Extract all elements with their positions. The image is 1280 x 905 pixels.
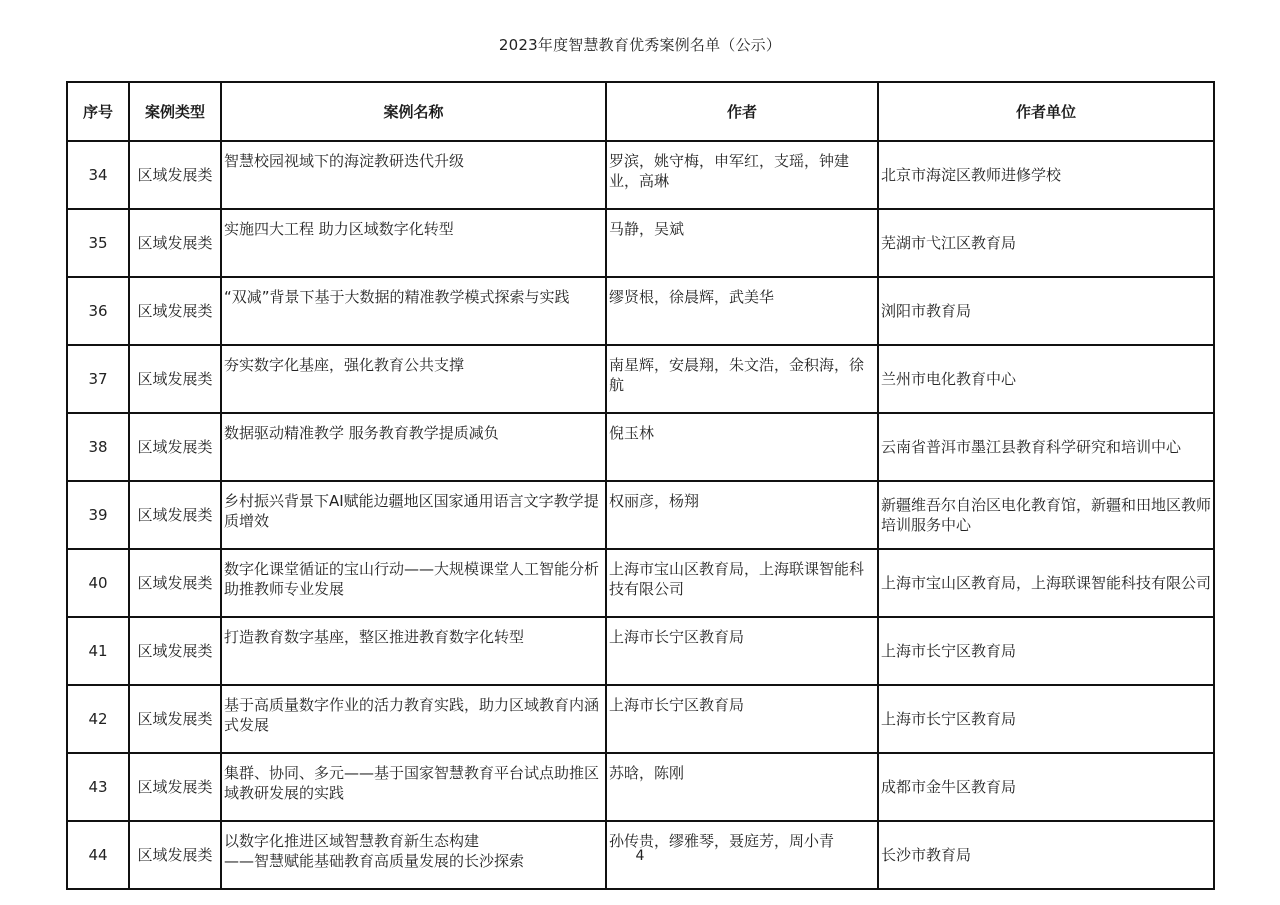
cell-org: 云南省普洱市墨江县教育科学研究和培训中心: [878, 413, 1214, 481]
cell-no: 37: [67, 345, 129, 413]
cell-no: 35: [67, 209, 129, 277]
cell-no: 38: [67, 413, 129, 481]
table-row: 37区域发展类夯实数字化基座，强化教育公共支撑南星辉，安晨翔，朱文浩，金积海，徐…: [67, 345, 1214, 413]
cell-case-name: “双减”背景下基于大数据的精准教学模式探索与实践: [221, 277, 606, 345]
table-row: 43区域发展类集群、协同、多元——基于国家智慧教育平台试点助推区域教研发展的实践…: [67, 753, 1214, 821]
cell-no: 43: [67, 753, 129, 821]
cell-no: 39: [67, 481, 129, 549]
table-row: 35区域发展类实施四大工程 助力区域数字化转型马静，吴斌芜湖市弋江区教育局: [67, 209, 1214, 277]
cell-type: 区域发展类: [129, 413, 221, 481]
table-header-row: 序号 案例类型 案例名称 作者 作者单位: [67, 82, 1214, 141]
header-org: 作者单位: [878, 82, 1214, 141]
cell-org: 浏阳市教育局: [878, 277, 1214, 345]
header-no: 序号: [67, 82, 129, 141]
cell-no: 36: [67, 277, 129, 345]
cell-type: 区域发展类: [129, 549, 221, 617]
cell-case-name: 集群、协同、多元——基于国家智慧教育平台试点助推区域教研发展的实践: [221, 753, 606, 821]
table-row: 41区域发展类打造教育数字基座，整区推进教育数字化转型上海市长宁区教育局上海市长…: [67, 617, 1214, 685]
cell-org: 上海市长宁区教育局: [878, 685, 1214, 753]
cell-authors: 苏晗，陈刚: [606, 753, 878, 821]
cell-type: 区域发展类: [129, 753, 221, 821]
cell-no: 34: [67, 141, 129, 209]
cell-case-name: 乡村振兴背景下AI赋能边疆地区国家通用语言文字教学提质增效: [221, 481, 606, 549]
cell-org: 芜湖市弋江区教育局: [878, 209, 1214, 277]
cell-case-name: 数字化课堂循证的宝山行动——大规模课堂人工智能分析助推教师专业发展: [221, 549, 606, 617]
cell-org: 兰州市电化教育中心: [878, 345, 1214, 413]
table-row: 40区域发展类数字化课堂循证的宝山行动——大规模课堂人工智能分析助推教师专业发展…: [67, 549, 1214, 617]
cell-org: 成都市金牛区教育局: [878, 753, 1214, 821]
cell-type: 区域发展类: [129, 209, 221, 277]
cell-authors: 上海市长宁区教育局: [606, 617, 878, 685]
cell-authors: 权丽彦，杨翔: [606, 481, 878, 549]
cell-case-name: 打造教育数字基座，整区推进教育数字化转型: [221, 617, 606, 685]
cell-type: 区域发展类: [129, 141, 221, 209]
cell-authors: 马静，吴斌: [606, 209, 878, 277]
cell-case-name: 夯实数字化基座，强化教育公共支撑: [221, 345, 606, 413]
table-row: 34区域发展类智慧校园视域下的海淀教研迭代升级罗滨，姚守梅，申军红，支瑶，钟建业…: [67, 141, 1214, 209]
cell-authors: 罗滨，姚守梅，申军红，支瑶，钟建业，高琳: [606, 141, 878, 209]
cell-type: 区域发展类: [129, 345, 221, 413]
cell-org: 上海市宝山区教育局，上海联课智能科技有限公司: [878, 549, 1214, 617]
cell-case-name: 实施四大工程 助力区域数字化转型: [221, 209, 606, 277]
cell-org: 新疆维吾尔自治区电化教育馆，新疆和田地区教师培训服务中心: [878, 481, 1214, 549]
cell-authors: 南星辉，安晨翔，朱文浩，金积海，徐航: [606, 345, 878, 413]
table-row: 42区域发展类基于高质量数字作业的活力教育实践，助力区域教育内涵式发展上海市长宁…: [67, 685, 1214, 753]
header-case-name: 案例名称: [221, 82, 606, 141]
cell-case-name: 数据驱动精准教学 服务教育教学提质减负: [221, 413, 606, 481]
cell-authors: 上海市长宁区教育局: [606, 685, 878, 753]
table-row: 39区域发展类乡村振兴背景下AI赋能边疆地区国家通用语言文字教学提质增效权丽彦，…: [67, 481, 1214, 549]
document-title: 2023年度智慧教育优秀案例名单（公示）: [0, 34, 1280, 55]
table-row: 38区域发展类数据驱动精准教学 服务教育教学提质减负倪玉林云南省普洱市墨江县教育…: [67, 413, 1214, 481]
cell-no: 41: [67, 617, 129, 685]
cell-type: 区域发展类: [129, 277, 221, 345]
cell-no: 40: [67, 549, 129, 617]
cell-type: 区域发展类: [129, 685, 221, 753]
cell-org: 北京市海淀区教师进修学校: [878, 141, 1214, 209]
cell-type: 区域发展类: [129, 481, 221, 549]
cell-no: 42: [67, 685, 129, 753]
header-authors: 作者: [606, 82, 878, 141]
cell-case-name: 智慧校园视域下的海淀教研迭代升级: [221, 141, 606, 209]
cell-authors: 缪贤根，徐晨辉，武美华: [606, 277, 878, 345]
page-number: 4: [0, 848, 1280, 864]
case-list-table: 序号 案例类型 案例名称 作者 作者单位 34区域发展类智慧校园视域下的海淀教研…: [66, 81, 1215, 890]
cell-case-name: 基于高质量数字作业的活力教育实践，助力区域教育内涵式发展: [221, 685, 606, 753]
cell-org: 上海市长宁区教育局: [878, 617, 1214, 685]
cell-authors: 倪玉林: [606, 413, 878, 481]
table-row: 36区域发展类“双减”背景下基于大数据的精准教学模式探索与实践缪贤根，徐晨辉，武…: [67, 277, 1214, 345]
header-type: 案例类型: [129, 82, 221, 141]
cell-type: 区域发展类: [129, 617, 221, 685]
cell-authors: 上海市宝山区教育局，上海联课智能科技有限公司: [606, 549, 878, 617]
